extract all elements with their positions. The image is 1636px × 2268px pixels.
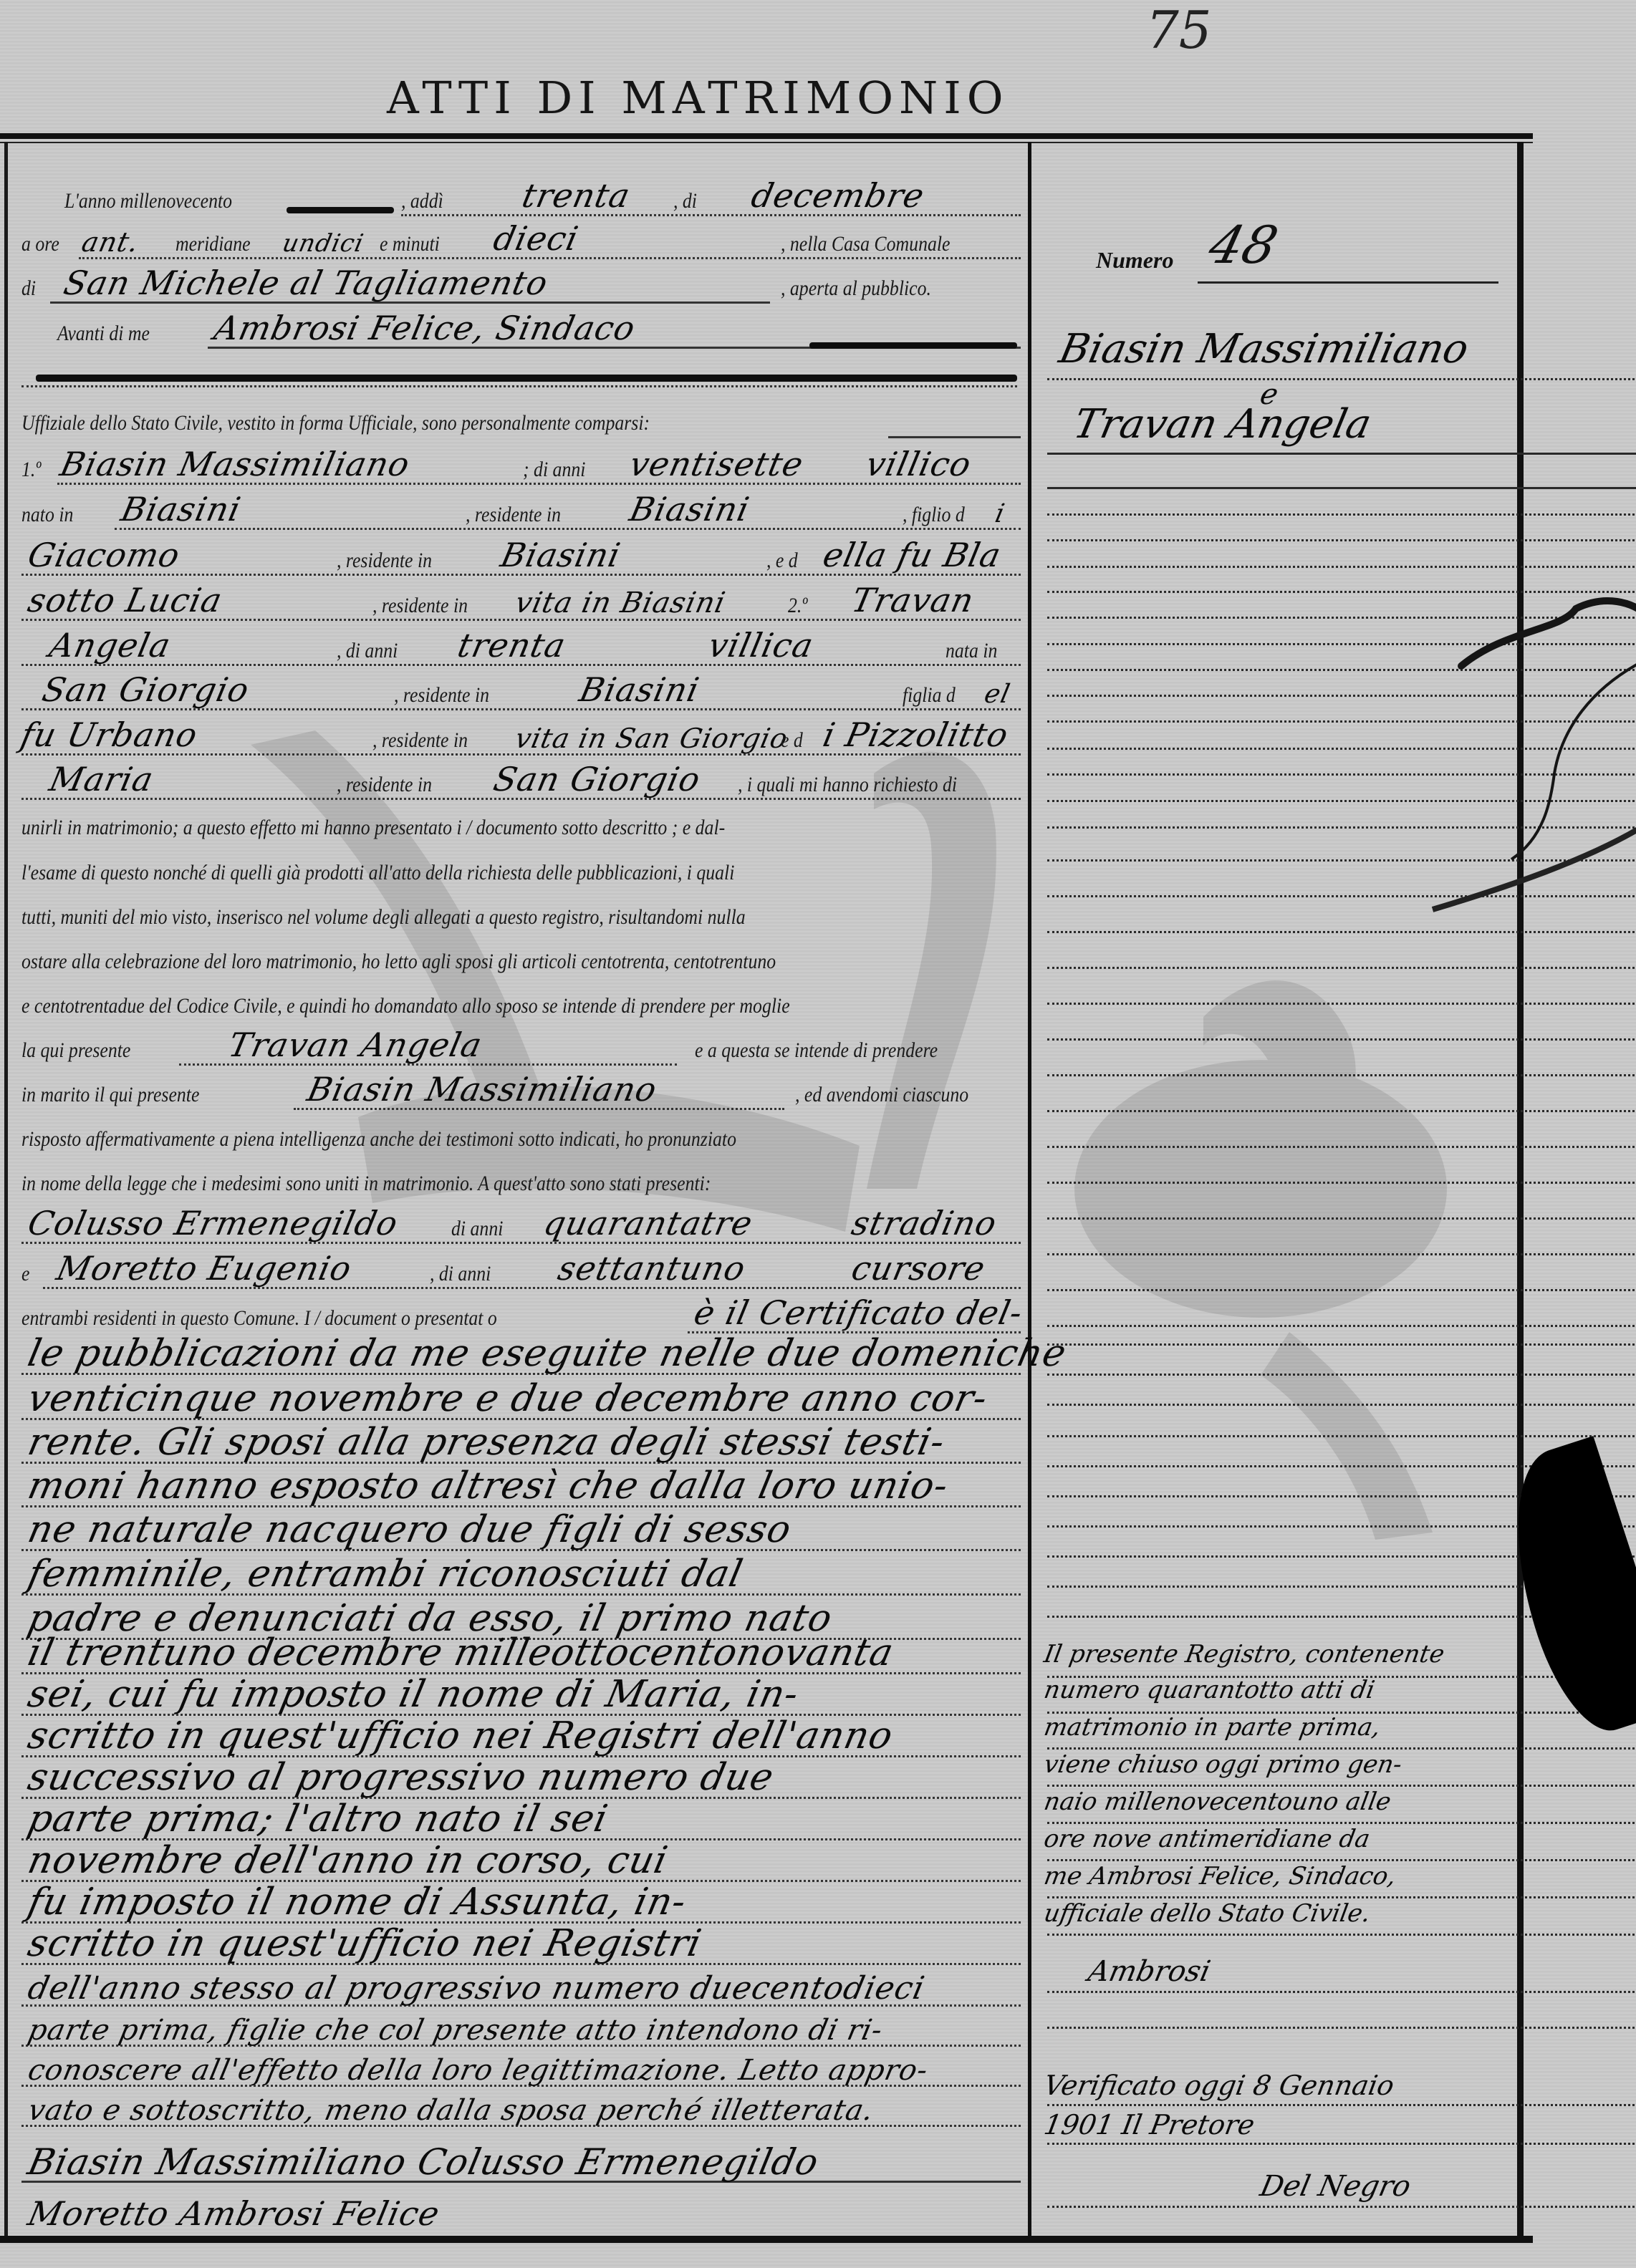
right-rule xyxy=(1047,800,1636,802)
label-marito: in marito il qui presente xyxy=(21,1083,199,1107)
right-rule xyxy=(1047,591,1636,593)
right-rule xyxy=(1047,1325,1636,1327)
body-text: in nome della legge che i medesimi sono … xyxy=(21,1172,711,1196)
right-rule xyxy=(1047,1896,1636,1898)
field-witness2-age[interactable]: settantuno xyxy=(554,1249,749,1288)
frame-left-border xyxy=(4,142,8,2240)
right-rule xyxy=(1047,378,1636,380)
label-spouse2-father-residente: , residente in xyxy=(372,728,468,753)
handwritten-text: vato e sottoscritto, meno dalla sposa pe… xyxy=(25,2094,877,2127)
label-spouse1-anni: ; di anni xyxy=(523,458,585,482)
closing-note-line: naio millenovecentouno alle xyxy=(1041,1787,1392,1816)
right-rule xyxy=(1047,859,1636,862)
right-rule xyxy=(1047,1146,1636,1148)
handwritten-line: vato e sottoscritto, meno dalla sposa pe… xyxy=(21,2071,1021,2133)
row-spouse2-mother: Maria , residente in San Giorgio , i qua… xyxy=(21,763,1021,804)
right-rule xyxy=(1047,1289,1636,1291)
body-line: l'esame di questo nonché di quelli già p… xyxy=(21,851,1021,892)
right-rule xyxy=(1047,1785,1636,1787)
right-rule xyxy=(1047,539,1636,541)
right-rule xyxy=(1047,1253,1636,1255)
right-rule xyxy=(1047,2143,1636,2145)
field-hour[interactable]: undici xyxy=(280,229,367,258)
right-rule xyxy=(1047,895,1636,897)
page-number: 75 xyxy=(1146,0,1212,60)
label-spouse2-e-d: e d xyxy=(781,728,803,753)
row-spouse1-mother: sotto Lucia , residente in vita in Biasi… xyxy=(21,584,1021,625)
label-figlia: figlia d xyxy=(903,683,956,708)
label-figlio: , figlio d xyxy=(903,503,965,527)
row-spouse2-birth: San Giorgio , residente in Biasini figli… xyxy=(21,673,1021,715)
verification-line: 1901 Il Pretore xyxy=(1041,2109,1257,2141)
label-di-comune: di xyxy=(21,276,36,301)
label-spouse2-mother-residente: , residente in xyxy=(337,773,432,797)
field-numero[interactable]: 48 xyxy=(1203,215,1284,275)
field-spouse2-residence[interactable]: Biasini xyxy=(576,670,703,709)
label-mother-residente: , residente in xyxy=(372,594,468,618)
field-minutes[interactable]: dieci xyxy=(490,219,582,258)
label-spouse2-residente: , residente in xyxy=(394,683,489,708)
closing-note-line: numero quarantotto atti di xyxy=(1041,1676,1377,1704)
field-marito[interactable]: Biasin Massimiliano xyxy=(304,1070,660,1109)
right-rule xyxy=(1047,1374,1636,1376)
right-rule xyxy=(1047,1074,1636,1076)
year-blank-rule xyxy=(287,207,394,213)
right-rule xyxy=(1047,643,1636,645)
right-rule xyxy=(1047,2104,1636,2106)
label-father-residente: , residente in xyxy=(337,549,432,573)
right-rule xyxy=(1047,1003,1636,1005)
field-witness1-profession[interactable]: stradino xyxy=(848,1204,1000,1242)
right-rule xyxy=(1047,1110,1636,1112)
label-addi: , addì xyxy=(401,189,443,213)
closing-note-line: viene chiuso oggi primo gen- xyxy=(1041,1750,1404,1779)
page-title: ATTI DI MATRIMONIO xyxy=(387,72,1009,124)
closing-note-line: me Ambrosi Felice, Sindaco, xyxy=(1041,1862,1397,1891)
closing-note-line: ufficiale dello Stato Civile. xyxy=(1041,1899,1372,1928)
row-witness2: e Moretto Eugenio , di anni settantuno c… xyxy=(21,1252,1021,1293)
right-rule xyxy=(1047,826,1636,829)
field-witness2-name[interactable]: Moretto Eugenio xyxy=(53,1249,355,1288)
field-spouse1-name[interactable]: Biasin Massimiliano xyxy=(57,445,413,483)
right-rule xyxy=(1047,1182,1636,1184)
field-day[interactable]: trenta xyxy=(519,176,634,215)
row-spouse1-name: 1.º Biasin Massimiliano ; di anni ventis… xyxy=(21,448,1021,489)
right-rule xyxy=(1047,2206,1636,2208)
label-lanno: L'anno millenovecento xyxy=(64,189,232,213)
right-rule xyxy=(1047,1859,1636,1861)
body-text: e centotrentadue del Codice Civile, e qu… xyxy=(21,994,790,1018)
field-spouse1-birthplace[interactable]: Biasini xyxy=(117,490,244,529)
right-rule xyxy=(1047,617,1636,619)
dark-smudge xyxy=(1484,1436,1636,1744)
right-rule xyxy=(1047,487,1636,489)
label-moglie: la qui presente xyxy=(21,1038,130,1063)
body-line: tutti, muniti del mio visto, inserisco n… xyxy=(21,895,1021,937)
field-spouse1-mother[interactable]: sotto Lucia xyxy=(24,581,226,619)
right-rule xyxy=(1047,2027,1636,2029)
body-line: unirli in matrimonio; a questo effetto m… xyxy=(21,806,1021,847)
body-text: unirli in matrimonio; a questo effetto m… xyxy=(21,816,725,840)
body-text: tutti, muniti del mio visto, inserisco n… xyxy=(21,905,746,930)
field-comune[interactable]: San Michele al Tagliamento xyxy=(60,264,552,302)
label-spouse2-num: 2.º xyxy=(788,594,807,618)
field-ant[interactable]: ant. xyxy=(79,226,142,258)
field-spouse2-mother-prefix[interactable]: i Pizzolitto xyxy=(819,715,1012,754)
label-e-minuti: e minuti xyxy=(380,232,440,256)
field-spouse2-name[interactable]: Angela xyxy=(46,626,174,665)
right-rule xyxy=(1047,695,1636,697)
field-spouse2-profession[interactable]: villica xyxy=(705,626,817,665)
row-spouse1-birth: nato in Biasini , residente in Biasini ,… xyxy=(21,493,1021,534)
frame-right-border xyxy=(1517,142,1524,2242)
field-figlia-suffix[interactable]: el xyxy=(982,680,1014,709)
field-month[interactable]: decembre xyxy=(748,176,928,215)
label-witness1-anni: di anni xyxy=(451,1217,503,1241)
field-spouse2-father-residence[interactable]: vita in San Giorgio xyxy=(512,723,791,754)
label-nato-in: nato in xyxy=(21,503,73,527)
right-rule xyxy=(1047,513,1636,516)
right-rule xyxy=(1047,566,1636,568)
body-text: l'esame di questo nonché di quelli già p… xyxy=(21,861,734,885)
label-witness2-e: e xyxy=(21,1262,29,1286)
field-spouse1-father[interactable]: Giacomo xyxy=(24,536,183,574)
field-spouse2-father[interactable]: fu Urbano xyxy=(17,715,201,754)
row-spouse1-parents: Giacomo , residente in Biasini , e d ell… xyxy=(21,539,1021,580)
frame-top-thin-rule xyxy=(0,142,1533,143)
text-ufficiale: Uffiziale dello Stato Civile, vestito in… xyxy=(21,411,650,435)
label-di: , di xyxy=(673,189,697,213)
label-numero: Numero xyxy=(1096,247,1173,274)
label-meridiane: meridiane xyxy=(175,232,251,256)
field-mother-prefix[interactable]: ella fu Bla xyxy=(819,536,1004,574)
field-witness1-name[interactable]: Colusso Ermenegildo xyxy=(24,1204,402,1242)
label-spouse1-num: 1.º xyxy=(21,458,41,482)
row-time: a ore ant. meridiane undici e minuti die… xyxy=(21,222,1021,264)
field-officer[interactable]: Ambrosi Felice, Sindaco xyxy=(211,309,639,347)
field-spouse2-mother-residence[interactable]: San Giorgio xyxy=(490,760,704,798)
section-rule xyxy=(36,375,1017,382)
verification-signature: Del Negro xyxy=(1257,2170,1414,2203)
row-ufficiale: Uffiziale dello Stato Civile, vestito in… xyxy=(21,401,1021,443)
field-spouse2-birthplace[interactable]: San Giorgio xyxy=(39,670,253,709)
officer-blank-rule xyxy=(809,342,1017,349)
right-rule xyxy=(1047,453,1636,455)
field-spouse2-mother[interactable]: Maria xyxy=(46,760,157,798)
right-rule xyxy=(1047,967,1636,969)
right-rule xyxy=(1047,1217,1636,1220)
right-rule xyxy=(1047,1435,1636,1437)
right-rule xyxy=(1047,1991,1636,1993)
row-officer: Avanti di me Ambrosi Felice, Sindaco xyxy=(21,312,1021,353)
body-line: e centotrentadue del Codice Civile, e qu… xyxy=(21,984,1021,1026)
body-line: in nome della legge che i medesimi sono … xyxy=(21,1162,1021,1203)
closing-note-line: ore nove antimeridiane da xyxy=(1041,1825,1372,1853)
row-comune: di San Michele al Tagliamento , aperta a… xyxy=(21,266,1021,308)
label-witness2-anni: , di anni xyxy=(430,1262,491,1286)
field-figlio-suffix[interactable]: i xyxy=(993,499,1008,529)
right-rule xyxy=(1047,1822,1636,1824)
row-witness1: Colusso Ermenegildo di anni quarantatre … xyxy=(21,1207,1021,1248)
right-rule xyxy=(1047,1747,1636,1750)
row-marito: in marito il qui presente Biasin Massimi… xyxy=(21,1073,1021,1114)
field-father-residence[interactable]: Biasini xyxy=(497,536,624,574)
body-line: ostare alla celebrazione del loro matrim… xyxy=(21,940,1021,981)
closing-note-line: Il presente Registro, contenente xyxy=(1041,1640,1446,1669)
right-rule xyxy=(1047,669,1636,671)
right-name2[interactable]: Travan Angela xyxy=(1069,401,1375,448)
field-witness2-profession[interactable]: cursore xyxy=(848,1249,988,1288)
right-rule xyxy=(1047,931,1636,933)
signature-witness-officer: Moretto Ambrosi Felice xyxy=(24,2194,443,2233)
right-rule xyxy=(1047,773,1636,776)
field-spouse2-surname[interactable]: Travan xyxy=(848,581,978,619)
closing-signature: Ambrosi xyxy=(1085,1955,1213,1988)
field-spouse2-age[interactable]: trenta xyxy=(454,626,569,665)
right-rule xyxy=(1047,1343,1636,1346)
right-name1[interactable]: Biasin Massimiliano xyxy=(1055,326,1473,372)
right-rule xyxy=(1047,720,1636,723)
label-residente: , residente in xyxy=(466,503,561,527)
row-spouse2-name: Angela , di anni trenta villica nata in xyxy=(21,629,1021,670)
closing-note-line: matrimonio in parte prima, xyxy=(1041,1713,1382,1742)
field-mother-residence[interactable]: vita in Biasini xyxy=(512,587,728,619)
body-text: risposto affermativamente a piena intell… xyxy=(21,1127,736,1152)
field-spouse1-profession[interactable]: villico xyxy=(862,445,975,483)
right-rule xyxy=(1047,1038,1636,1041)
signature-line: Moretto Ambrosi Felice xyxy=(21,2177,1021,2239)
field-spouse1-age[interactable]: ventisette xyxy=(626,445,807,483)
field-spouse1-residence[interactable]: Biasini xyxy=(626,490,753,529)
row-moglie: la qui presente Travan Angela e a questa… xyxy=(21,1028,1021,1070)
body-line: risposto affermativamente a piena intell… xyxy=(21,1117,1021,1159)
label-nata-in: nata in xyxy=(945,639,997,663)
row-year-date: L'anno millenovecento , addì trenta , di… xyxy=(21,179,1021,221)
label-quali: , i quali mi hanno richiesto di xyxy=(738,773,957,797)
label-e-d: , e d xyxy=(766,549,798,573)
label-a-ore: a ore xyxy=(21,232,59,256)
field-witness1-age[interactable]: quarantatre xyxy=(540,1204,756,1242)
label-casa-comunale: , nella Casa Comunale xyxy=(781,232,951,256)
label-marito-suffix: , ed avendomi ciascuno xyxy=(795,1083,968,1107)
section-dotted-rule xyxy=(21,385,1017,387)
label-spouse2-anni: , di anni xyxy=(337,639,398,663)
label-avanti: Avanti di me xyxy=(57,322,150,346)
verification-line: Verificato oggi 8 Gennaio xyxy=(1041,2070,1397,2101)
right-rule xyxy=(1047,1934,1636,1936)
label-aperta: , aperta al pubblico. xyxy=(781,276,931,301)
numero-rule xyxy=(1198,281,1498,284)
field-moglie[interactable]: Travan Angela xyxy=(225,1026,486,1064)
frame-top-rule xyxy=(0,133,1533,139)
column-divider xyxy=(1028,142,1031,2240)
label-moglie-suffix: e a questa se intende di prendere xyxy=(695,1038,938,1063)
row-spouse2-parents: fu Urbano , residente in vita in San Gio… xyxy=(21,718,1021,760)
right-rule xyxy=(1047,748,1636,750)
right-rule xyxy=(1047,1404,1636,1406)
body-text: ostare alla celebrazione del loro matrim… xyxy=(21,950,776,974)
